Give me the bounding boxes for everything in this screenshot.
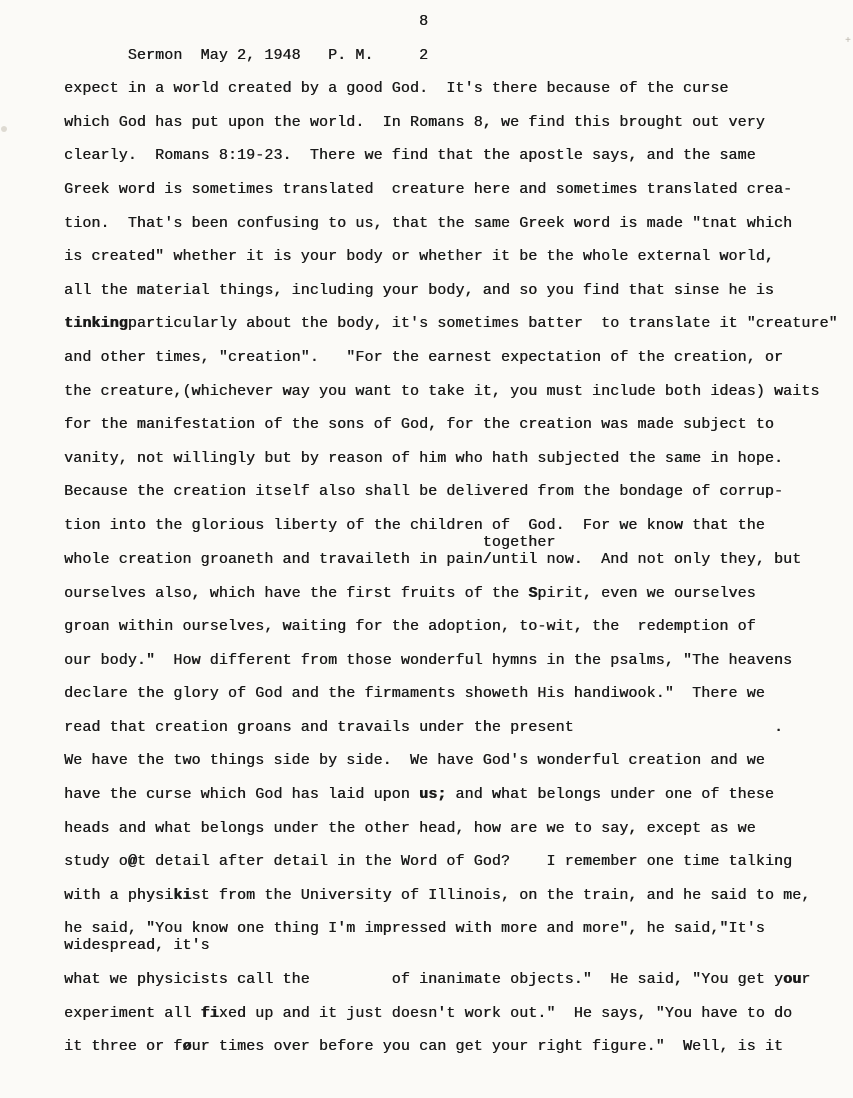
document-line-11: and other times, "creation". "For the ea…	[64, 350, 853, 384]
document-text: 8 Sermon May 2, 1948 P. M. 2expect in a …	[64, 14, 853, 1073]
document-line-10: tinkingparticularly about the body, it's…	[64, 316, 853, 350]
text-segment: ur times over before you can get your ri…	[191, 1038, 783, 1055]
document-line-31: what we physicists call the of inanimate…	[64, 972, 853, 1006]
document-line-25: have the curse which God has laid upon u…	[64, 787, 853, 821]
document-line-4: which God has put upon the world. In Rom…	[64, 115, 853, 149]
document-line-9: all the material things, including your …	[64, 283, 853, 317]
scan-smudge	[1, 126, 7, 132]
text-segment: pirit, even we ourselves	[537, 585, 755, 602]
overstruck-text: @	[128, 853, 137, 870]
text-segment: study o	[64, 853, 128, 870]
document-line-29: he said, "You know one thing I'm impress…	[64, 921, 853, 938]
document-line-27: study o@t detail after detail in the Wor…	[64, 854, 853, 888]
text-segment: xed up and it just doesn't work out." He…	[219, 1005, 792, 1022]
document-line-16: tion into the glorious liberty of the ch…	[64, 518, 853, 535]
document-line-3: expect in a world created by a good God.…	[64, 81, 853, 115]
document-page: + 8 Sermon May 2, 1948 P. M. 2expect in …	[0, 0, 853, 1098]
document-line-24: We have the two things side by side. We …	[64, 753, 853, 787]
document-line-32: experiment all fixed up and it just does…	[64, 1006, 853, 1040]
text-segment: have the curse which God has laid upon	[64, 786, 419, 803]
document-line-7: tion. That's been confusing to us, that …	[64, 216, 853, 250]
document-line-20: groan within ourselves, waiting for the …	[64, 619, 853, 653]
overstruck-text: ki	[173, 887, 191, 904]
document-line-5: clearly. Romans 8:19-23. There we find t…	[64, 148, 853, 182]
text-segment: what we physicists call the of inanimate…	[64, 971, 783, 988]
document-line-14: vanity, not willingly but by reason of h…	[64, 451, 853, 485]
document-line-17: together	[64, 535, 853, 552]
document-line-33: it three or føur times over before you c…	[64, 1039, 853, 1073]
overstruck-text: fi	[201, 1005, 219, 1022]
document-line-6: Greek word is sometimes translated creat…	[64, 182, 853, 216]
text-segment: particularly about the body, it's someti…	[128, 315, 838, 332]
text-segment: st from the University of Illinois, on t…	[191, 887, 810, 904]
text-segment: t detail after detail in the Word of God…	[137, 853, 792, 870]
document-line-15: Because the creation itself also shall b…	[64, 484, 853, 518]
document-line-30: widespread, it's	[64, 938, 853, 972]
document-line-1: 8	[64, 14, 853, 48]
text-segment: r	[801, 971, 810, 988]
document-line-28: with a physikist from the University of …	[64, 888, 853, 922]
text-segment: experiment all	[64, 1005, 201, 1022]
document-line-26: heads and what belongs under the other h…	[64, 821, 853, 855]
document-line-13: for the manifestation of the sons of God…	[64, 417, 853, 451]
overstruck-text: tinking	[64, 315, 128, 332]
document-line-22: declare the glory of God and the firmame…	[64, 686, 853, 720]
document-line-8: is created" whether it is your body or w…	[64, 249, 853, 283]
document-line-2: Sermon May 2, 1948 P. M. 2	[64, 48, 853, 82]
document-line-21: our body." How different from those wond…	[64, 653, 853, 687]
text-segment: with a physi	[64, 887, 173, 904]
document-line-12: the creature,(whichever way you want to …	[64, 384, 853, 418]
overstruck-text: S	[528, 585, 537, 602]
text-segment: and what belongs under one of these	[446, 786, 774, 803]
document-line-23: read that creation groans and travails u…	[64, 720, 853, 754]
text-segment: it three or f	[64, 1038, 182, 1055]
overstruck-text: us;	[419, 786, 446, 803]
document-line-19: ourselves also, which have the first fru…	[64, 586, 853, 620]
document-line-18: whole creation groaneth and travaileth i…	[64, 552, 853, 586]
overstruck-text: ou	[783, 971, 801, 988]
text-segment: ourselves also, which have the first fru…	[64, 585, 528, 602]
